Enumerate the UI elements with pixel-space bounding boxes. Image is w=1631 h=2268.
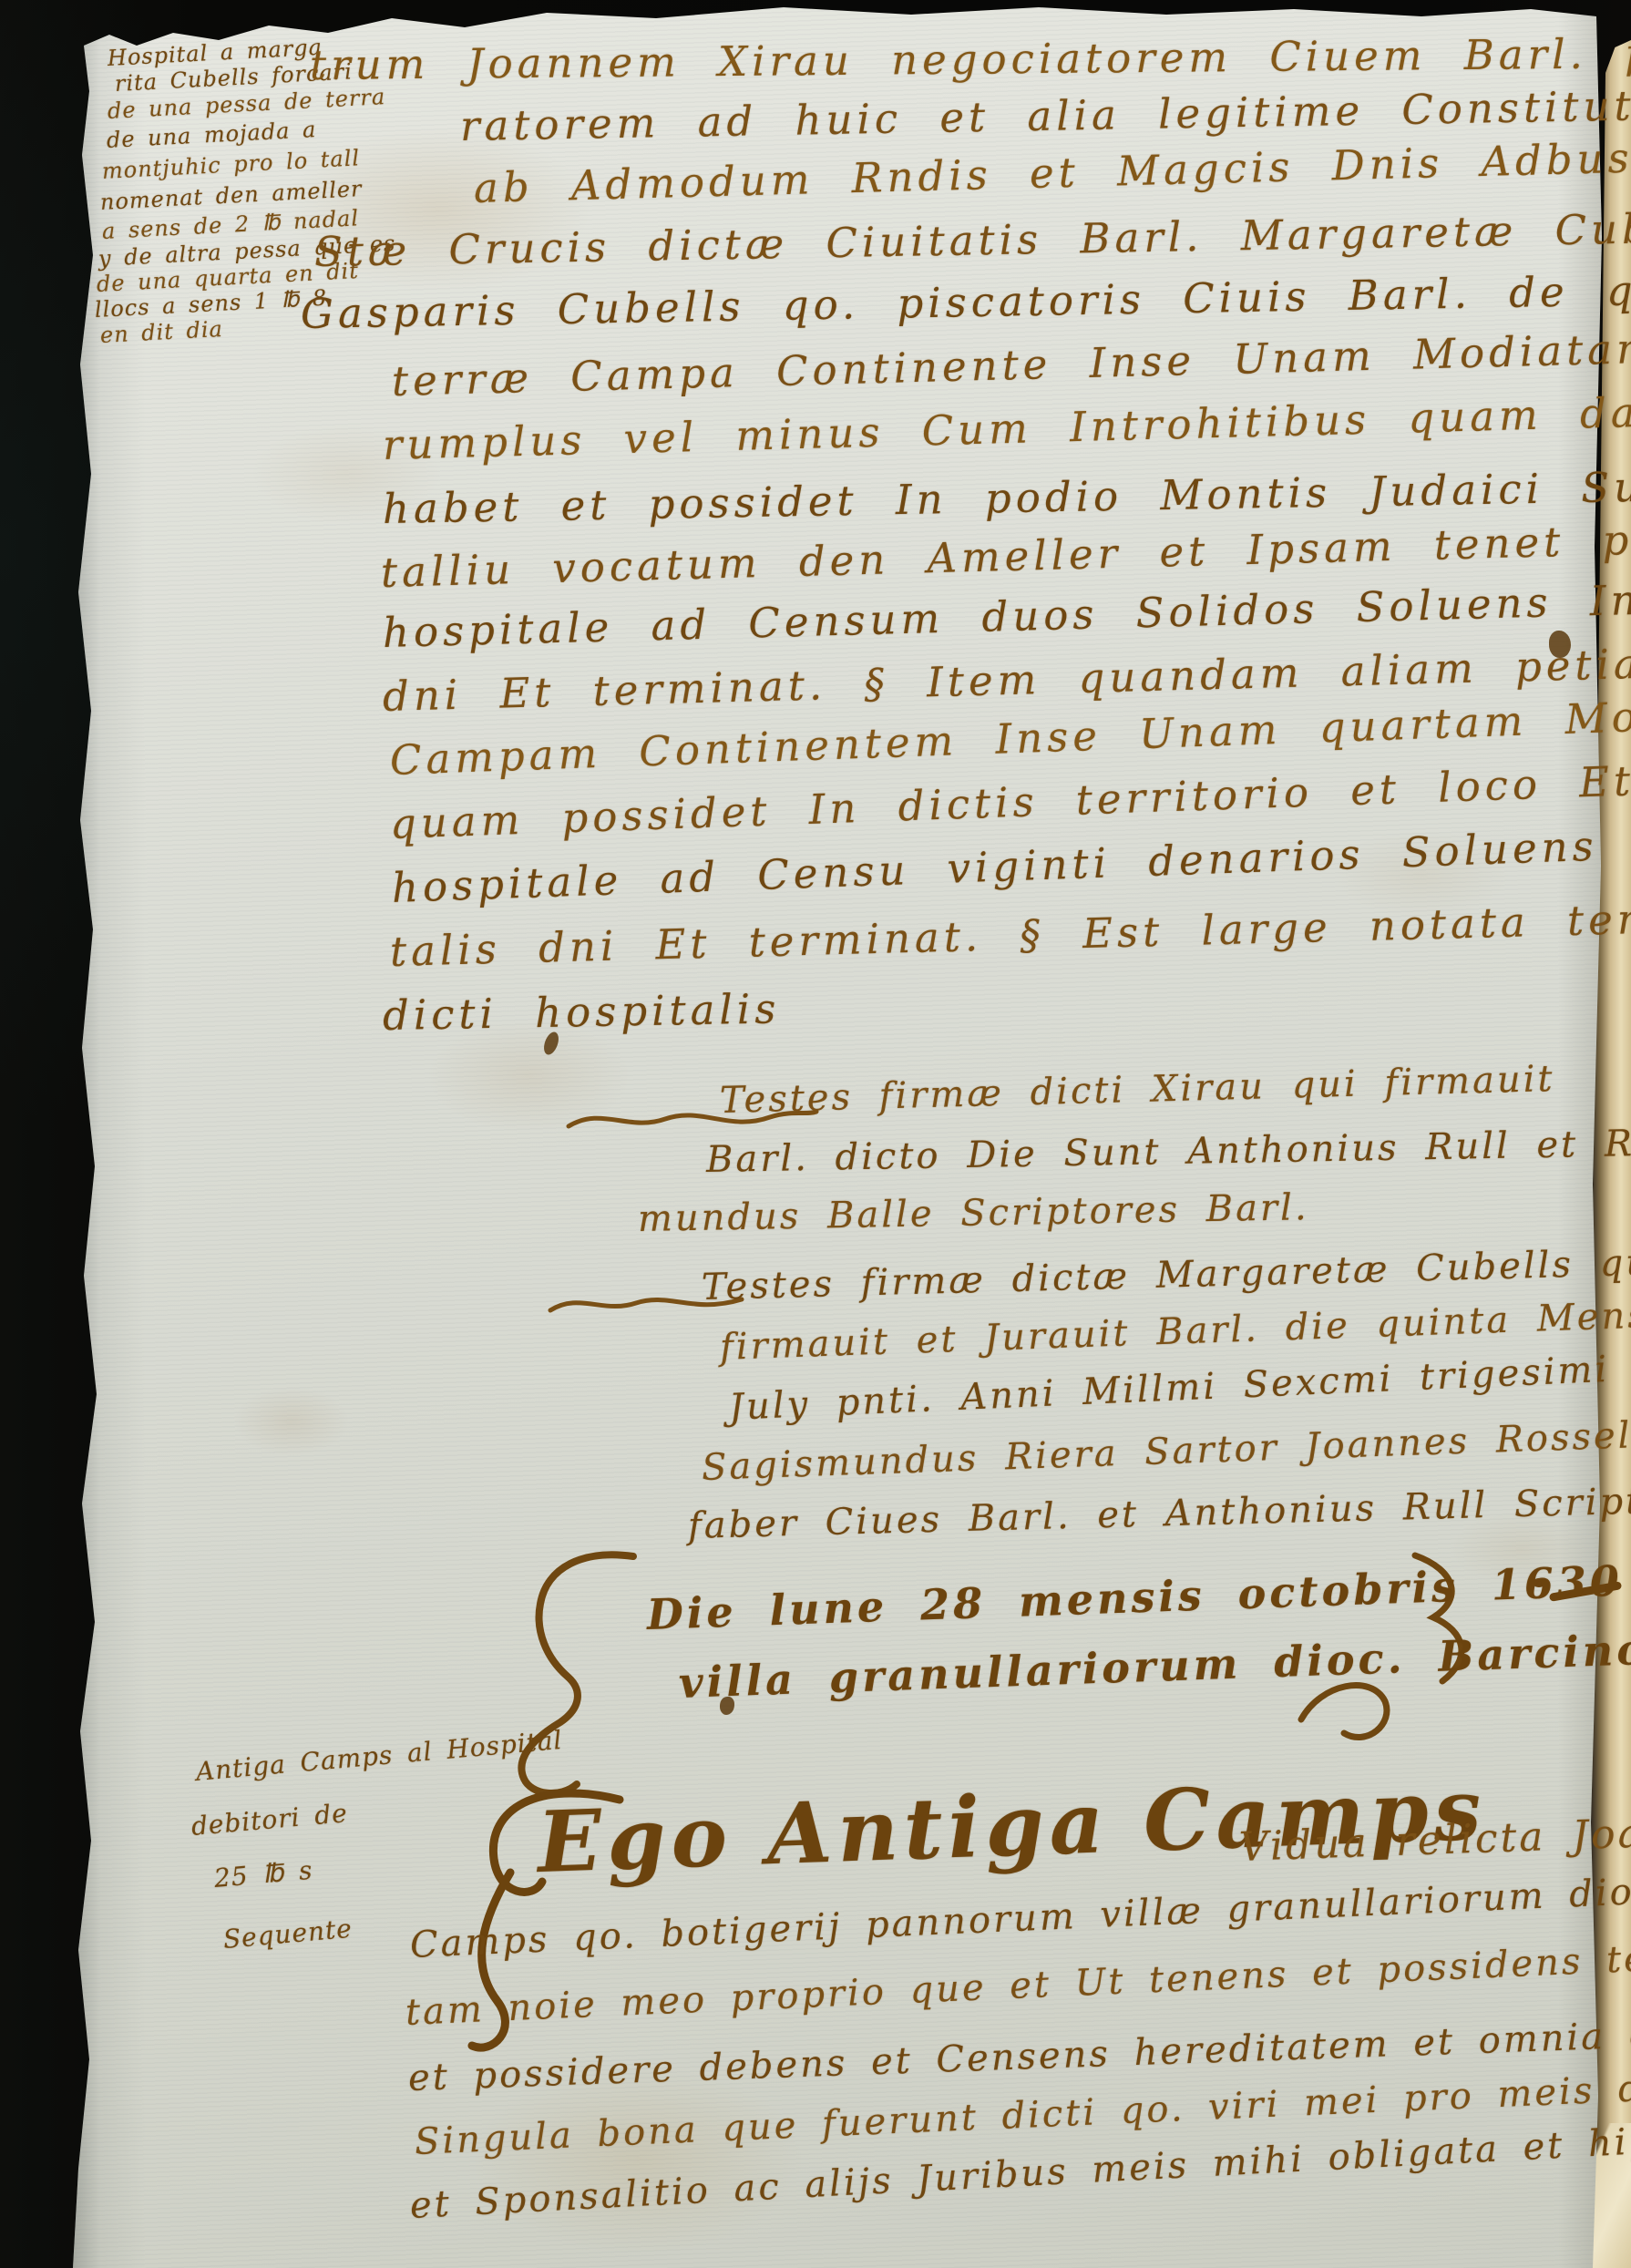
ink-blot [1549,631,1571,658]
manuscript-scan: Hospital a marga rita Cubells forcari de… [0,0,1631,2268]
main-text-line: dicti hospitalis [383,984,781,1040]
